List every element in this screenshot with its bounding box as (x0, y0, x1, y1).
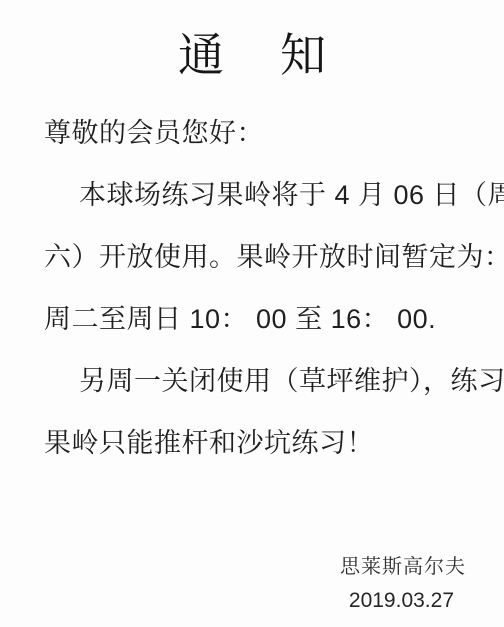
signature-block: 思莱斯高尔夫 2019.03.27 (340, 550, 466, 618)
date: 2019.03.27 (340, 584, 466, 618)
notice-line: 周二至周日 10： 00 至 16： 00. (44, 288, 474, 350)
notice-page: 通 知 尊敬的会员您好： 本球场练习果岭将于 4 月 06 日（周 六）开放使用… (0, 0, 504, 627)
notice-title: 通 知 (0, 24, 504, 88)
notice-line: 六）开放使用。果岭开放时间暂定为： (44, 226, 474, 288)
notice-line: 果岭只能推杆和沙坑练习！ (44, 412, 474, 474)
title-char-zhi: 知 (280, 24, 326, 88)
notice-body: 尊敬的会员您好： 本球场练习果岭将于 4 月 06 日（周 六）开放使用。果岭开… (44, 102, 474, 474)
notice-line: 另周一关闭使用（草坪维护），练习 (44, 350, 474, 412)
signature: 思莱斯高尔夫 (340, 550, 466, 584)
notice-line: 本球场练习果岭将于 4 月 06 日（周 (44, 164, 474, 226)
title-char-tong: 通 (178, 24, 224, 88)
greeting-line: 尊敬的会员您好： (44, 102, 474, 164)
